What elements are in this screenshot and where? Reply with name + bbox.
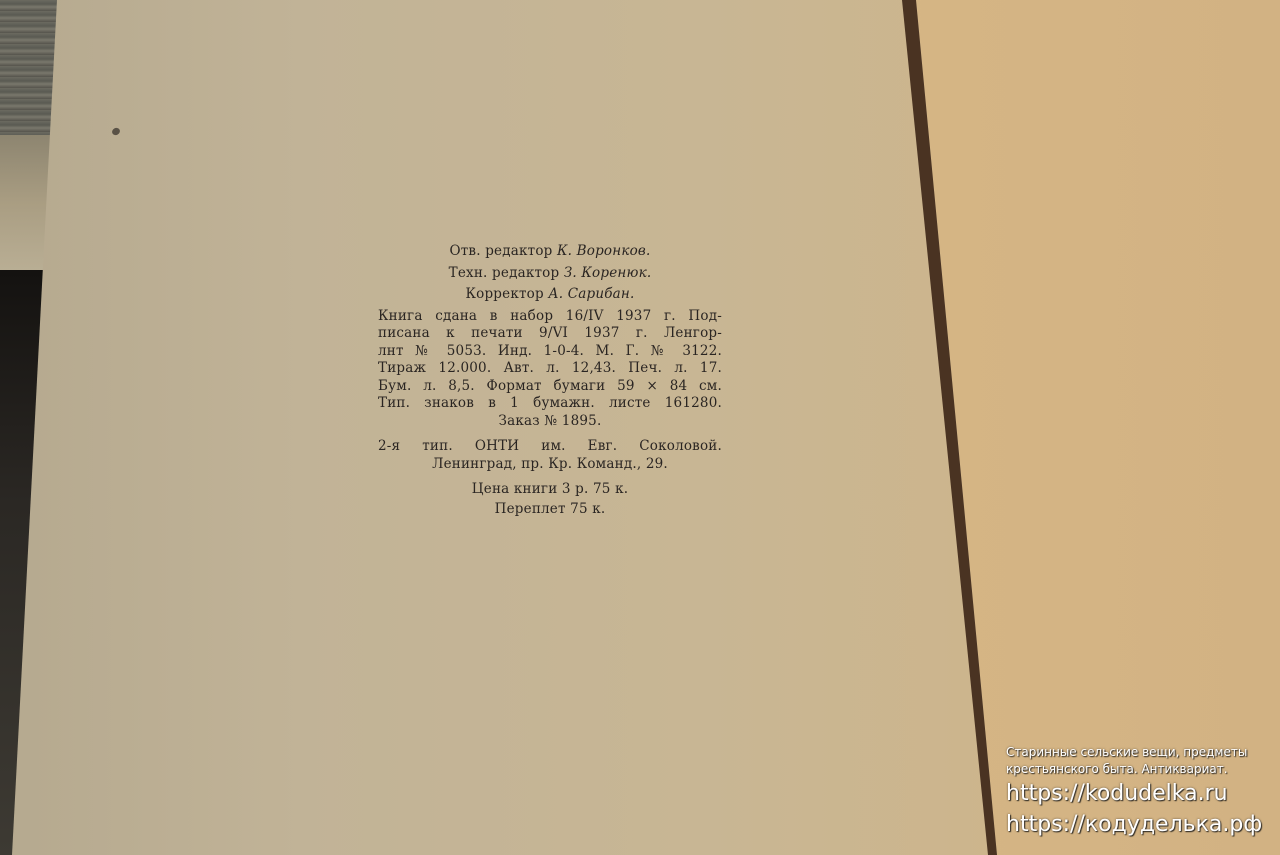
detail-line: Книга сдана в набор 16/IV 1937 г. Под- (378, 308, 722, 326)
detail-line: лнт № 5053. Инд. 1-0-4. М. Г. № 3122. (378, 343, 722, 361)
watermark-url-latin: https://kodudelka.ru (1006, 778, 1268, 809)
watermark: Старинные сельские вещи, предметы кресть… (1006, 744, 1268, 840)
proofreader-name: А. Сарибан. (548, 286, 634, 302)
detail-line: Тип. знаков в 1 бумажн. листе 161280. (378, 395, 722, 413)
print-details: Книга сдана в набор 16/IV 1937 г. Под- п… (378, 308, 722, 431)
binding-price: Переплет 75 к. (378, 501, 722, 519)
watermark-url-cyrillic: https://кодуделька.рф (1006, 809, 1268, 840)
editor-line: Отв. редактор К. Воронков. (378, 243, 722, 261)
watermark-tagline-1: Старинные сельские вещи, предметы (1006, 744, 1268, 761)
detail-line: Бум. л. 8,5. Формат бумаги 59 × 84 см. (378, 378, 722, 396)
tech-editor-name: З. Коренюк. (564, 265, 652, 281)
detail-line: Тираж 12.000. Авт. л. 12,43. Печ. л. 17. (378, 360, 722, 378)
watermark-tagline-2: крестьянского быта. Антиквариат. (1006, 761, 1268, 778)
editor-name: К. Воронков. (557, 243, 650, 259)
proofreader-line: Корректор А. Сарибан. (378, 286, 722, 304)
printer-info: 2-я тип. ОНТИ им. Евг. Соколовой. Ленинг… (378, 438, 722, 473)
order-number: Заказ № 1895. (378, 413, 722, 431)
editor-label: Отв. редактор (450, 243, 553, 259)
proofreader-label: Корректор (465, 286, 543, 302)
tech-editor-label: Техн. редактор (449, 265, 560, 281)
printer-line: 2-я тип. ОНТИ им. Евг. Соколовой. (378, 438, 722, 456)
colophon-block: Отв. редактор К. Воронков. Техн. редакто… (378, 243, 722, 518)
detail-line: писана к печати 9/VI 1937 г. Ленгор- (378, 325, 722, 343)
printer-line: Ленинград, пр. Кр. Команд., 29. (378, 456, 722, 474)
tech-editor-line: Техн. редактор З. Коренюк. (378, 265, 722, 283)
book-price: Цена книги 3 р. 75 к. (378, 481, 722, 499)
